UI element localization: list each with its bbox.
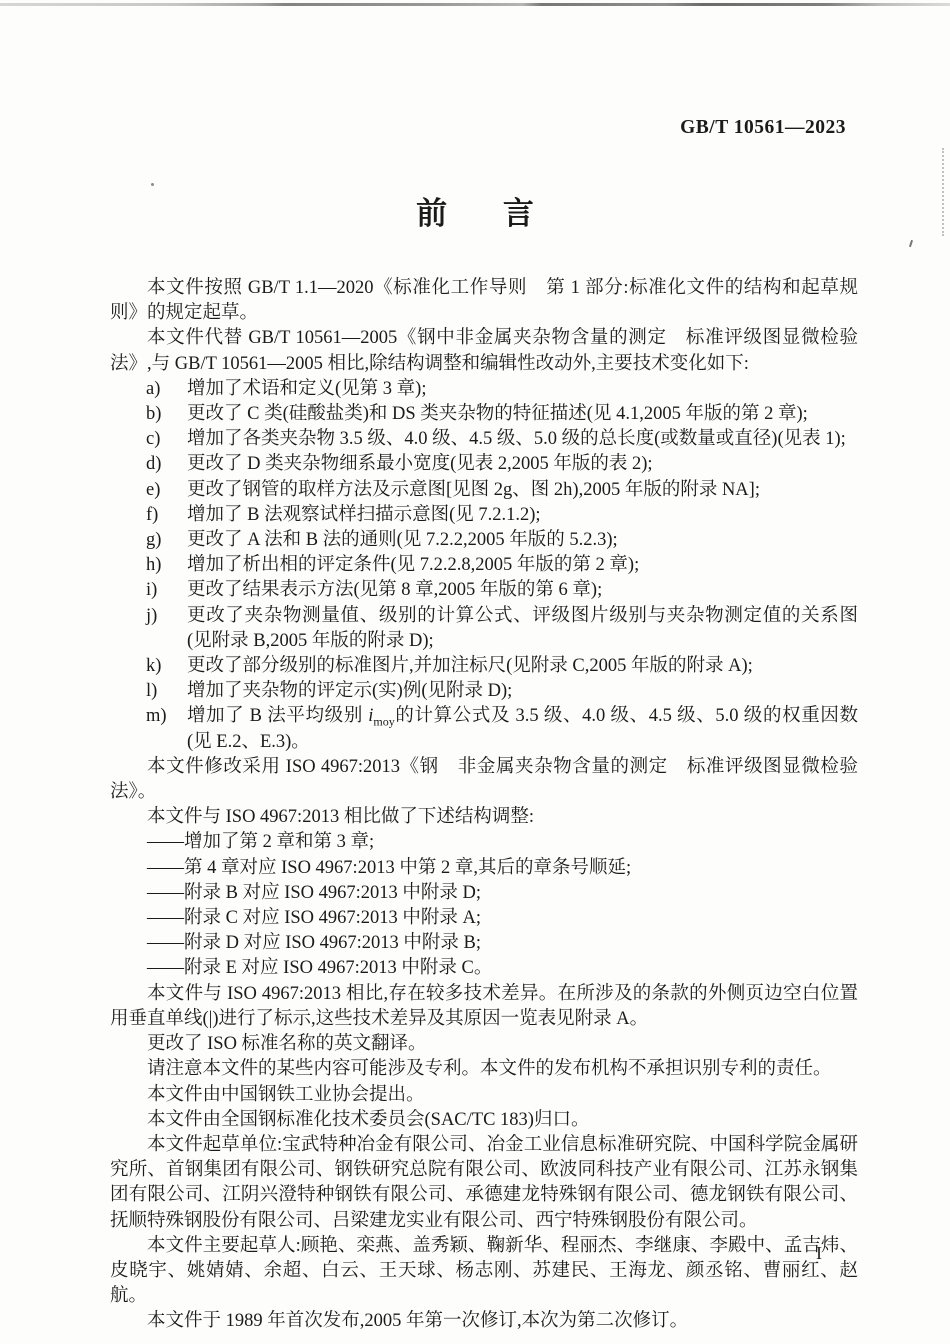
change-label: b)	[146, 402, 187, 427]
change-item-c: c) 增加了各类夹杂物 3.5 级、4.0 级、4.5 级、5.0 级的总长度(…	[110, 427, 858, 452]
paragraph-drafting-orgs: 本文件起草单位:宝武特种冶金有限公司、冶金工业信息标准研究院、中国科学院金属研究…	[110, 1133, 858, 1234]
change-item-d: d) 更改了 D 类夹杂物细系最小宽度(见表 2,2005 年版的表 2);	[110, 452, 858, 477]
paragraph-history: 本文件于 1989 年首次发布,2005 年第一次修订,本次为第二次修订。	[110, 1309, 858, 1334]
formula-subscript: moy	[373, 715, 394, 729]
change-text: 增加了 B 法平均级别 imoy的计算公式及 3.5 级、4.0 级、4.5 级…	[187, 704, 858, 754]
paragraph-compare-intro: 本文件与 ISO 4967:2013 相比做了下述结构调整:	[110, 805, 858, 830]
standard-number: GB/T 10561—2023	[680, 117, 846, 139]
change-label: c)	[146, 427, 187, 452]
change-text: 更改了夹杂物测量值、级别的计算公式、评级图片级别与夹杂物测定值的关系图(见附录 …	[187, 604, 858, 654]
change-label: g)	[146, 528, 187, 553]
change-text: 增加了 B 法观察试样扫描示意图(见 7.2.1.2);	[187, 503, 858, 528]
change-item-j: j) 更改了夹杂物测量值、级别的计算公式、评级图片级别与夹杂物测定值的关系图(见…	[110, 604, 858, 654]
change-text: 更改了 A 法和 B 法的通则(见 7.2.2,2005 年版的 5.2.3);	[187, 528, 858, 553]
structure-adjustment-item: ——附录 D 对应 ISO 4967:2013 中附录 B;	[110, 931, 858, 956]
change-item-k: k) 更改了部分级别的标准图片,并加注标尺(见附录 C,2005 年版的附录 A…	[110, 654, 858, 679]
page-number: I	[816, 1243, 822, 1264]
scan-speck	[151, 183, 154, 186]
change-text: 增加了各类夹杂物 3.5 级、4.0 级、4.5 级、5.0 级的总长度(或数量…	[187, 427, 858, 452]
document-page: GB/T 10561—2023 前言 本文件按照 GB/T 1.1—2020《标…	[0, 0, 950, 1344]
change-item-h: h) 增加了析出相的评定条件(见 7.2.2.8,2005 年版的第 2 章);	[110, 553, 858, 578]
change-label: a)	[146, 377, 187, 402]
change-label: e)	[146, 478, 187, 503]
change-text: 更改了结果表示方法(见第 8 章,2005 年版的第 6 章);	[187, 578, 858, 603]
change-text: 更改了 C 类(硅酸盐类)和 DS 类夹杂物的特征描述(见 4.1,2005 年…	[187, 402, 858, 427]
scan-artifact-top-edge	[0, 3, 950, 6]
formula-i-moy: imoy	[368, 706, 394, 726]
change-label: f)	[146, 503, 187, 528]
change-label: i)	[146, 578, 187, 603]
change-text: 增加了析出相的评定条件(见 7.2.2.8,2005 年版的第 2 章);	[187, 553, 858, 578]
change-label: m)	[146, 704, 187, 754]
change-item-m: m) 增加了 B 法平均级别 imoy的计算公式及 3.5 级、4.0 级、4.…	[110, 704, 858, 754]
change-item-l: l) 增加了夹杂物的评定示(实)例(见附录 D);	[110, 679, 858, 704]
foreword-content: 本文件按照 GB/T 1.1—2020《标准化工作导则 第 1 部分:标准化文件…	[110, 276, 858, 1335]
page-title: 前言	[0, 188, 950, 233]
change-item-i: i) 更改了结果表示方法(见第 8 章,2005 年版的第 6 章);	[110, 578, 858, 603]
change-label: d)	[146, 452, 187, 477]
paragraph-proposed-by: 本文件由中国钢铁工业协会提出。	[110, 1083, 858, 1108]
structure-adjustment-item: ——增加了第 2 章和第 3 章;	[110, 830, 858, 855]
paragraph-patent-notice: 请注意本文件的某些内容可能涉及专利。本文件的发布机构不承担识别专利的责任。	[110, 1057, 858, 1082]
structure-adjustment-item: ——第 4 章对应 ISO 4967:2013 中第 2 章,其后的章条号顺延;	[110, 856, 858, 881]
change-text: 更改了 D 类夹杂物细系最小宽度(见表 2,2005 年版的表 2);	[187, 452, 858, 477]
change-label: j)	[146, 604, 187, 654]
change-item-g: g) 更改了 A 法和 B 法的通则(见 7.2.2,2005 年版的 5.2.…	[110, 528, 858, 553]
paragraph-drafting-basis: 本文件按照 GB/T 1.1—2020《标准化工作导则 第 1 部分:标准化文件…	[110, 276, 858, 326]
change-label: k)	[146, 654, 187, 679]
structure-adjustment-item: ——附录 B 对应 ISO 4967:2013 中附录 D;	[110, 881, 858, 906]
page-title-text: 前言	[416, 196, 590, 231]
change-text: 更改了部分级别的标准图片,并加注标尺(见附录 C,2005 年版的附录 A);	[187, 654, 858, 679]
change-item-a: a) 增加了术语和定义(见第 3 章);	[110, 377, 858, 402]
change-m-text-before: 增加了 B 法平均级别	[187, 706, 368, 726]
change-text: 更改了钢管的取样方法及示意图[见图 2g、图 2h),2005 年版的附录 NA…	[187, 478, 858, 503]
change-item-b: b) 更改了 C 类(硅酸盐类)和 DS 类夹杂物的特征描述(见 4.1,200…	[110, 402, 858, 427]
change-text: 增加了术语和定义(见第 3 章);	[187, 377, 858, 402]
paragraph-translation: 更改了 ISO 标准名称的英文翻译。	[110, 1032, 858, 1057]
paragraph-drafters: 本文件主要起草人:顾艳、栾燕、盖秀颖、鞠新华、程丽杰、李继康、李殿中、孟吉炜、皮…	[110, 1234, 858, 1310]
change-label: h)	[146, 553, 187, 578]
paragraph-centralized-by: 本文件由全国钢标准化技术委员会(SAC/TC 183)归口。	[110, 1108, 858, 1133]
change-item-e: e) 更改了钢管的取样方法及示意图[见图 2g、图 2h),2005 年版的附录…	[110, 478, 858, 503]
structure-adjustment-item: ——附录 E 对应 ISO 4967:2013 中附录 C。	[110, 956, 858, 981]
scan-speck	[909, 240, 913, 247]
change-label: l)	[146, 679, 187, 704]
paragraph-replaces: 本文件代替 GB/T 10561—2005《钢中非金属夹杂物含量的测定 标准评级…	[110, 326, 858, 376]
change-item-f: f) 增加了 B 法观察试样扫描示意图(见 7.2.1.2);	[110, 503, 858, 528]
structure-adjustment-item: ——附录 C 对应 ISO 4967:2013 中附录 A;	[110, 906, 858, 931]
change-text: 增加了夹杂物的评定示(实)例(见附录 D);	[187, 679, 858, 704]
paragraph-adoption: 本文件修改采用 ISO 4967:2013《钢 非金属夹杂物含量的测定 标准评级…	[110, 755, 858, 805]
paragraph-differences: 本文件与 ISO 4967:2013 相比,存在较多技术差异。在所涉及的条款的外…	[110, 982, 858, 1032]
